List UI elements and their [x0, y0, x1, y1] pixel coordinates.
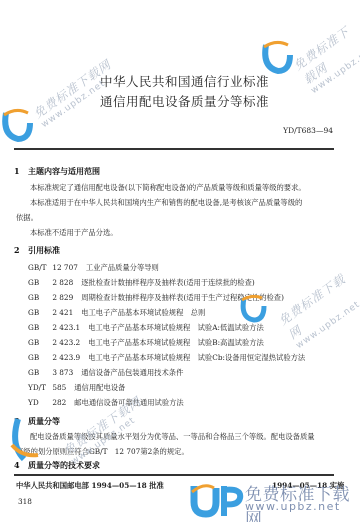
paragraph: 本标准规定了通信用配电设备(以下简称配电设备)的产品质量等级和质量等级的要求。	[30, 183, 306, 193]
watermark-top-left: 免费标准下载网 www.upbz.net	[30, 108, 121, 135]
paragraph: 依据。	[16, 213, 38, 223]
section-title: 质量分等的技术要求	[28, 460, 100, 470]
paragraph: 等级的划分原则应符合GB/T 12 707第2条的规定。	[16, 447, 189, 457]
ref-title: 电工电子产品基本环境试验规程 试验B:高温试验方法	[88, 338, 264, 347]
paragraph: 本标准适用于在中华人民共和国境内生产和销售的配电设备,是考核该产品质量等级的	[30, 198, 302, 208]
ref-code: GB	[28, 338, 50, 347]
ref-num: 2 421	[52, 308, 73, 317]
ref-num: 12 707	[52, 263, 78, 272]
section-title: 质量分等	[28, 416, 60, 426]
ref-code: GB	[28, 353, 50, 362]
logo-site-url: www.upbz.net	[245, 500, 341, 513]
up-logo-icon	[258, 35, 294, 77]
header-rule	[14, 148, 334, 150]
ref-code: YD	[28, 398, 50, 407]
document-title: 通信用配电设备质量分等标准	[100, 92, 269, 110]
ref-title: 逐批检查计数抽样程序及抽样表(适用于连续批的检查)	[81, 278, 255, 287]
section-number: 4	[14, 460, 28, 470]
section-number: 3	[14, 416, 28, 426]
page-number: 318	[18, 497, 32, 506]
ref-num: 2 423.9	[52, 353, 80, 362]
watermark-text: 免费标准下载网 www.upbz.net	[290, 17, 360, 96]
reference-item: GB/T 12 707工业产品质量分等导则	[28, 263, 159, 273]
ref-num: 2 829	[52, 293, 73, 302]
reference-item: YD 282邮电通信设备可靠性通用试验方法	[28, 398, 184, 408]
section-4-heading: 4质量分等的技术要求	[14, 460, 100, 471]
ref-code: GB	[28, 323, 50, 332]
reference-item: GB 2 421电工电子产品基本环境试验规程 总则	[28, 308, 205, 318]
ref-title: 通信设备产品包装通用技术条件	[81, 368, 183, 377]
paragraph: 本标准不适用于产品分选。	[30, 228, 118, 238]
ref-num: 585	[52, 383, 66, 392]
document-page: 中华人民共和国通信行业标准 通信用配电设备质量分等标准 YD/T683—94 1…	[0, 0, 360, 522]
ref-title: 电工电子产品基本环境试验规程 总则	[81, 308, 205, 317]
ref-title: 通信用配电设备	[74, 383, 125, 392]
footer-rule	[14, 474, 334, 476]
ref-code: GB/T	[28, 263, 50, 272]
watermark-top-right: 免费标准下载网 www.upbz.net	[290, 60, 360, 104]
ref-title: 周期检查计数抽样程序及抽样表(适用于生产过程稳定性的检查)	[81, 293, 284, 302]
reference-item: GB 2 828逐批检查计数抽样程序及抽样表(适用于连续批的检查)	[28, 278, 255, 288]
reference-item: GB 2 423.1电工电子产品基本环境试验规程 试验A:低温试验方法	[28, 323, 264, 333]
reference-item: YD/T 585通信用配电设备	[28, 383, 125, 393]
reference-item: GB 2 423.9电工电子产品基本环境试验规程 试验Cb:设备用恒定湿热试验方…	[28, 353, 305, 363]
section-title: 主题内容与适用范围	[28, 166, 100, 176]
up-logo-icon	[0, 105, 36, 145]
approval-note: 中华人民共和国邮电部 1994—05—18 批准	[16, 481, 164, 491]
watermark-cn: 免费标准下载网	[275, 266, 360, 343]
ref-title: 电工电子产品基本环境试验规程 试验A:低温试验方法	[88, 323, 264, 332]
ref-code: GB	[28, 293, 50, 302]
ref-code: GB	[28, 278, 50, 287]
watermark-url: www.upbz.net	[295, 294, 360, 351]
upbz-logo-icon	[190, 482, 244, 518]
reference-item: GB 3 873通信设备产品包装通用技术条件	[28, 368, 183, 378]
watermark-url: www.upbz.net	[310, 44, 360, 96]
watermark-cn: 免费标准下载网	[290, 17, 360, 88]
ref-num: 3 873	[52, 368, 73, 377]
reference-item: GB 2 423.2电工电子产品基本环境试验规程 试验B:高温试验方法	[28, 338, 264, 348]
watermark-text: 免费标准下载网 www.upbz.net	[275, 266, 360, 351]
ref-code: YD/T	[28, 383, 50, 392]
ref-num: 2 828	[52, 278, 73, 287]
ref-title: 工业产品质量分等导则	[86, 263, 159, 272]
section-3-heading: 3质量分等	[14, 416, 60, 427]
section-title: 引用标准	[28, 245, 60, 255]
section-number: 1	[14, 166, 28, 176]
ref-code: GB	[28, 308, 50, 317]
reference-item: GB 2 829周期检查计数抽样程序及抽样表(适用于生产过程稳定性的检查)	[28, 293, 284, 303]
section-1-heading: 1主题内容与适用范围	[14, 166, 100, 177]
ref-num: 282	[52, 398, 66, 407]
ref-num: 2 423.2	[52, 338, 80, 347]
ref-code: GB	[28, 368, 50, 377]
document-category-title: 中华人民共和国通信行业标准	[100, 72, 269, 90]
standard-number: YD/T683—94	[283, 126, 333, 135]
ref-num: 2 423.1	[52, 323, 80, 332]
section-number: 2	[14, 245, 28, 255]
ref-title: 电工电子产品基本环境试验规程 试验Cb:设备用恒定湿热试验方法	[88, 353, 305, 362]
ref-title: 邮电通信设备可靠性通用试验方法	[74, 398, 183, 407]
section-2-heading: 2引用标准	[14, 245, 60, 256]
paragraph: 配电设备质量等级按其质量水平划分为优等品、一等品和合格品三个等级。配电设备质量	[30, 432, 315, 442]
